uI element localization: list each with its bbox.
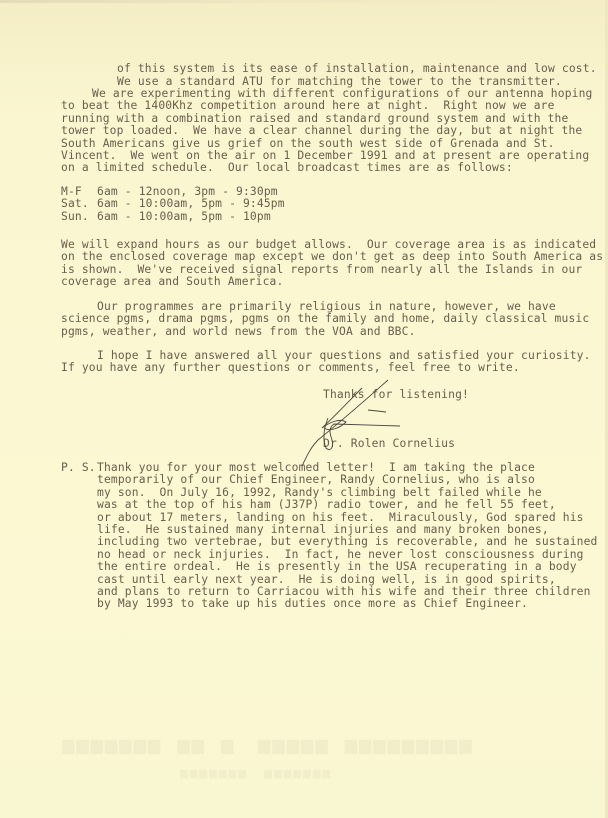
letterhead-show-through-2: ▆▆▆▆▆▆▆ ▆▆▆▆▆▆▆ [180,768,332,779]
text-line: on the enclosed coverage map except we d… [61,251,603,263]
schedule-days: Sun. [61,211,97,223]
text-line: the entire ordeal. He is presently in th… [97,561,577,573]
text-line: to beat the 1400Khz competition around h… [61,100,555,112]
schedule-days: M-F [61,186,97,198]
text-line: running with a combination raised and st… [61,113,568,125]
schedule-times: 6am - 10:00am, 5pm - 10pm [97,210,271,223]
schedule-days: Sat. [61,198,97,210]
schedule-row: Sat.6am - 10:00am, 5pm - 9:45pm [61,198,285,210]
text-line: science pgms, drama pgms, pgms on the fa… [61,313,589,325]
text-line: or about 17 meters, landing on his feet.… [97,512,584,524]
text-line: temporarily of our Chief Engineer, Randy… [97,474,535,486]
text-line: was at the top of his ham (J37P) radio t… [97,499,556,511]
text-line: on a limited schedule. Our local broadca… [61,162,513,174]
handwritten-signature [300,378,420,468]
text-line: of this system is its ease of installati… [117,63,597,75]
paper-top-edge [0,0,608,3]
text-line: no head or neck injuries. In fact, he ne… [97,549,584,561]
text-line: including two vertebrae, but everything … [97,536,598,548]
text-line: coverage area and South America. [61,276,283,288]
postscript-label: P. S. [61,462,96,474]
text-line: We use a standard ATU for matching the t… [117,76,562,88]
schedule-row: Sun.6am - 10:00am, 5pm - 10pm [61,211,271,223]
text-line: I hope I have answered all your question… [97,350,591,362]
text-line: my son. On July 16, 1992, Randy's climbi… [97,487,542,499]
letterhead-show-through: ▆▆▆▆▆▆▆▆▆ ▆▆▆▆▆ ▆ ▆▆ ▆▆▆▆▆▆▆ [60,735,471,754]
text-line: life. He sustained many internal injurie… [97,524,549,536]
text-line: cast until early next year. He is doing … [97,574,556,586]
text-line: South Americans give us grief on the sou… [61,138,555,150]
text-line: Our programmes are primarily religious i… [97,301,556,313]
text-line: by May 1993 to take up his duties once m… [97,598,528,610]
text-line: Vincent. We went on the air on 1 Decembe… [61,150,589,162]
text-line: tower top loaded. We have a clear channe… [61,125,582,137]
text-line: is shown. We've received signal reports … [61,264,582,276]
schedule-row: M-F6am - 12noon, 3pm - 9:30pm [61,186,278,198]
text-line: We will expand hours as our budget allow… [61,239,596,251]
text-line: We are experimenting with different conf… [92,88,593,100]
text-line: pgms, weather, and world news from the V… [61,326,416,338]
text-line: If you have any further questions or com… [61,362,520,374]
schedule-times: 6am - 10:00am, 5pm - 9:45pm [97,197,285,210]
text-line: and plans to return to Carriacou with hi… [97,586,591,598]
schedule-times: 6am - 12noon, 3pm - 9:30pm [97,185,278,198]
